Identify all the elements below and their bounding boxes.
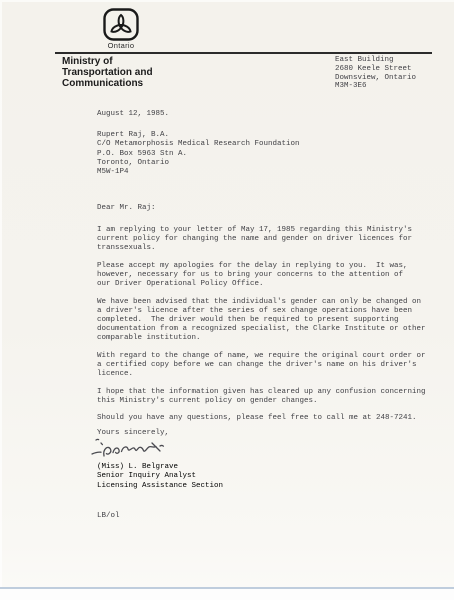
body-paragraph: With regard to the change of name, we re… <box>97 352 439 380</box>
signer-name: (Miss) L. Belgrave <box>97 463 223 472</box>
ontario-trillium-icon <box>103 8 139 42</box>
scanned-letter-page: Ontario Ministry of Transportation and C… <box>0 0 454 600</box>
date-line: August 12, 1985. <box>97 110 169 118</box>
letter-paper: Ontario Ministry of Transportation and C… <box>0 0 454 588</box>
signer-title: Senior Inquiry Analyst <box>97 472 223 481</box>
ministry-name: Ministry of Transportation and Communica… <box>62 56 153 90</box>
body-paragraph: We have been advised that the individual… <box>97 298 439 344</box>
body-paragraph: I hope that the information given has cl… <box>97 388 439 406</box>
typist-reference: LB/ol <box>97 512 120 520</box>
letterhead-address: East Building 2680 Keele Street Downsvie… <box>335 56 416 91</box>
recipient-address: Rupert Raj, B.A. C/O Metamorphosis Medic… <box>97 131 300 177</box>
logo-wordmark: Ontario <box>99 41 143 50</box>
signer-block: (Miss) L. Belgrave Senior Inquiry Analys… <box>97 463 223 491</box>
signer-section: Licensing Assistance Section <box>97 482 223 491</box>
letterhead-rule <box>55 52 432 54</box>
paper-edge <box>0 587 454 589</box>
body-paragraph: Should you have any questions, please fe… <box>97 414 439 423</box>
letter-body: I am replying to your letter of May 17, … <box>97 226 439 432</box>
body-paragraph: I am replying to your letter of May 17, … <box>97 226 439 254</box>
body-paragraph: Please accept my apologies for the delay… <box>97 262 439 290</box>
salutation: Dear Mr. Raj: <box>97 204 156 212</box>
